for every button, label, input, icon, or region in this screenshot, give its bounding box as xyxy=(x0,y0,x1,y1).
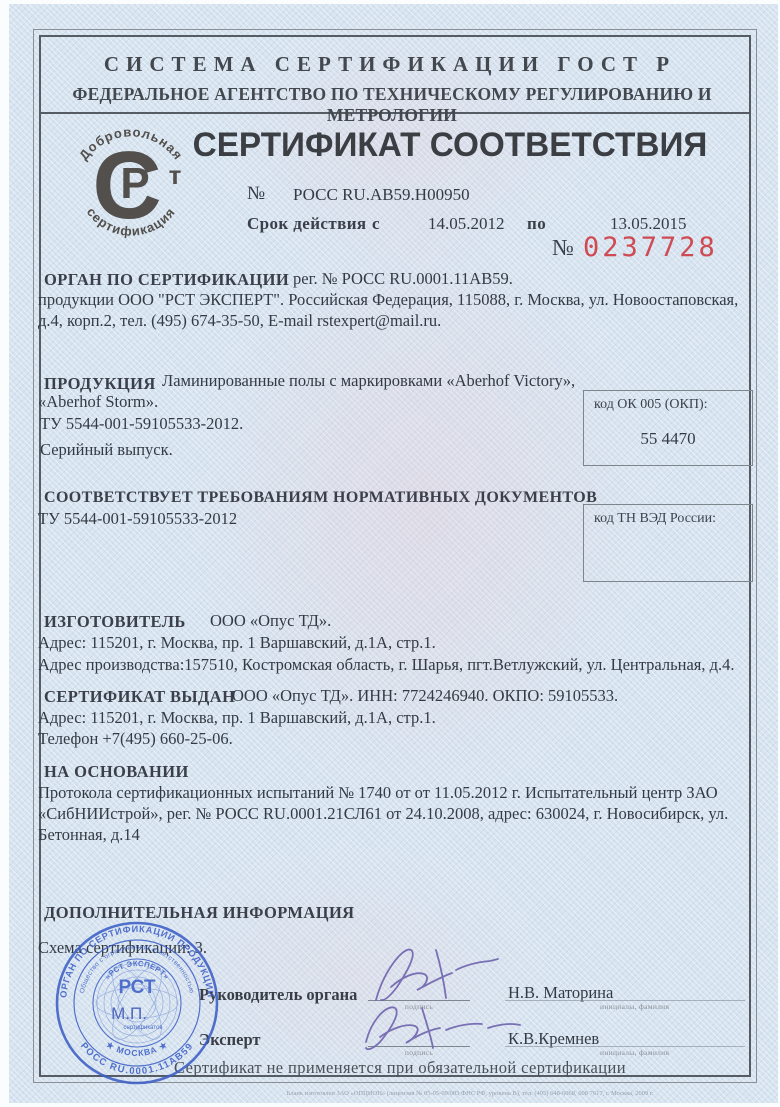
manufacturer-line: Адрес: 115201, г. Москва, пр. 1 Варшавск… xyxy=(38,633,436,653)
okp-code-label: код ОК 005 (ОКП): xyxy=(594,397,708,413)
head-name-caption: инициалы, фамилия xyxy=(600,1002,669,1011)
product-line: Серийный выпуск. xyxy=(40,440,173,460)
expert-name-line xyxy=(505,1046,745,1047)
validity-from-date: 14.05.2012 xyxy=(428,214,505,234)
stamp-moscow: ★ МОСКВА ★ xyxy=(104,1039,170,1058)
stamp-mp: М.П. xyxy=(111,1004,147,1023)
basis-line: Протокола сертификационных испытаний № 1… xyxy=(38,783,718,803)
product-label: ПРОДУКЦИЯ xyxy=(44,374,156,394)
basis-line: Бетонная, д.14 xyxy=(38,825,140,845)
validity-to-date: 13.05.2015 xyxy=(610,214,687,234)
system-title: СИСТЕМА СЕРТИФИКАЦИИ ГОСТ Р xyxy=(40,52,740,77)
scan-edge-top xyxy=(0,0,780,4)
issued-line: Адрес: 115201, г. Москва, пр. 1 Варшавск… xyxy=(38,708,436,728)
blank-serial-sign: № xyxy=(552,235,574,261)
blank-maker-fine-print: Бланк изготовлен ЗАО «ОПЦИОН» (лицензия … xyxy=(190,1090,750,1097)
certification-body-stamp: ОРГАН ПО СЕРТИФИКАЦИИ ПРОДУКЦИИ РОСС RU.… xyxy=(40,916,235,1091)
head-signature-strokes xyxy=(376,950,498,1001)
stamp-small-word: сертификатов xyxy=(123,1025,162,1031)
blank-serial-number: 0237728 xyxy=(583,232,718,263)
issued-label: СЕРТИФИКАТ ВЫДАН xyxy=(44,687,235,707)
tnved-code-label: код ТН ВЭД России: xyxy=(594,511,716,527)
conformity-label: СООТВЕТСТВУЕТ ТРЕБОВАНИЯМ НОРМАТИВНЫХ ДО… xyxy=(44,489,597,507)
basis-line: «СибНИИстрой», рег. № РОСС RU.0001.21СЛ6… xyxy=(38,804,728,824)
conformity-line: ТУ 5544-001-59105533-2012 xyxy=(38,509,237,529)
scan-edge-left xyxy=(0,0,9,1107)
product-line: «Aberhof Storm». xyxy=(38,392,158,412)
manufacturer-name: ООО «Опус ТД». xyxy=(210,611,331,631)
expert-signature xyxy=(352,1000,527,1055)
validity-to-label: по xyxy=(527,214,546,234)
stamp-moscow-textpath: ★ МОСКВА ★ xyxy=(104,1039,170,1058)
logo-mark-p: Р xyxy=(120,159,149,208)
issued-line: Телефон +7(495) 660-25-06. xyxy=(38,729,233,749)
head-signature xyxy=(358,942,518,1008)
manufacturer-line: Адрес производства:157510, Костромская о… xyxy=(38,655,735,675)
certificate-page: СИСТЕМА СЕРТИФИКАЦИИ ГОСТ Р ФЕДЕРАЛЬНОЕ … xyxy=(0,0,780,1107)
head-name-line xyxy=(505,1000,745,1001)
stamp-rst-mark: РСТ xyxy=(118,977,155,998)
manufacturer-label: ИЗГОТОВИТЕЛЬ xyxy=(44,612,186,632)
organ-line: д.4, корп.2, тел. (495) 674-35-50, E-mai… xyxy=(38,311,441,331)
organ-line: продукции ООО "РСТ ЭКСПЕРТ". Российская … xyxy=(38,290,738,310)
validity-from-label: с xyxy=(372,214,380,234)
certificate-number-value: РОСС RU.AB59.H00950 xyxy=(293,185,470,205)
product-line: Ламинированные полы с маркировками «Aber… xyxy=(162,371,575,391)
validity-label: Срок действия xyxy=(247,214,367,234)
issued-value: ООО «Опус ТД». ИНН: 7724246940. ОКПО: 59… xyxy=(232,686,618,706)
basis-label: НА ОСНОВАНИИ xyxy=(44,762,189,782)
expert-name-caption: инициалы, фамилия xyxy=(600,1048,669,1057)
certificate-number-sign: № xyxy=(247,183,265,205)
organ-label: ОРГАН ПО СЕРТИФИКАЦИИ xyxy=(44,270,289,290)
organ-reg-number: рег. № РОСС RU.0001.11АВ59. xyxy=(293,269,513,289)
scan-edge-bottom xyxy=(0,1103,780,1107)
expert-signature-strokes xyxy=(366,1007,520,1049)
product-line: ТУ 5544-001-59105533-2012. xyxy=(40,414,243,434)
okp-code-value: 55 4470 xyxy=(584,429,752,449)
okp-code-box: код ОК 005 (ОКП): 55 4470 xyxy=(583,390,753,466)
tnved-code-box: код ТН ВЭД России: xyxy=(583,504,753,582)
document-title: СЕРТИФИКАТ СООТВЕТСТВИЯ xyxy=(171,126,730,165)
